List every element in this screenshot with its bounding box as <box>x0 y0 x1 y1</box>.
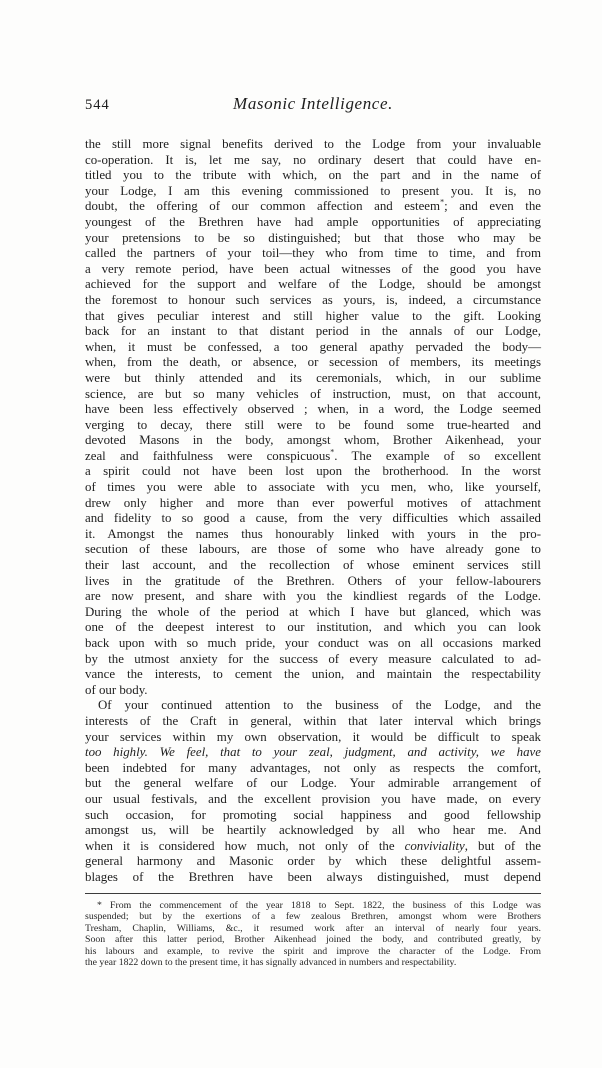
text-segment: one of the deepest interest to our insti… <box>85 620 541 634</box>
text-line: doubt, the offering of our common affect… <box>85 199 541 215</box>
text-line: that gives peculiar interest and still h… <box>85 309 541 325</box>
page-content: 544 Masonic Intelligence. the still more… <box>85 93 541 969</box>
text-line: your Lodge, I am this evening commission… <box>85 184 541 200</box>
page-header: 544 Masonic Intelligence. <box>85 93 541 115</box>
text-segment: zeal and faithfulness were conspicuous <box>85 449 330 463</box>
text-segment: their last account, and the recollection… <box>85 558 541 572</box>
text-line: youngest of the Brethren have had ample … <box>85 215 541 231</box>
text-segment: when, from the death, or absence, or sec… <box>85 355 541 369</box>
text-segment: too highly. We feel, that to your zeal, … <box>85 745 541 759</box>
text-segment: our usual festivals, and the excellent p… <box>85 792 541 806</box>
text-segment: conviviality <box>405 839 465 853</box>
text-segment: back for an instant to that distant peri… <box>85 324 541 338</box>
text-line: when, it must be confessed, a too genera… <box>85 340 541 356</box>
text-line: During the whole of the period at which … <box>85 605 541 621</box>
footnote-line: his labours and example, to revive the s… <box>85 946 541 958</box>
text-segment: blages of the Brethren have been always … <box>85 870 541 884</box>
text-segment: were but thinly attended and its ceremon… <box>85 371 541 385</box>
footnote: * From the commencement of the year 1818… <box>85 900 541 970</box>
page-body: the still more signal benefits derived t… <box>85 137 541 886</box>
text-line: of times you were able to associate with… <box>85 480 541 496</box>
text-segment: it. Amongst the names thus honourably li… <box>85 527 541 541</box>
text-segment: amongst us, will be heartily acknowledge… <box>85 823 541 837</box>
text-segment: but the general welfare of our Lodge. Yo… <box>85 776 541 790</box>
text-segment: been indebted for many advantages, not o… <box>85 761 541 775</box>
text-line: your services within my own observation,… <box>85 730 541 746</box>
text-line: called the partners of your toil—they wh… <box>85 246 541 262</box>
text-segment: the foremost to honour such services as … <box>85 293 541 307</box>
text-segment: of our body. <box>85 683 148 697</box>
text-line: it. Amongst the names thus honourably li… <box>85 527 541 543</box>
text-line: lives in the gratitude of the Brethren. … <box>85 574 541 590</box>
paragraph-1: the still more signal benefits derived t… <box>85 137 541 698</box>
text-line: general harmony and Masonic order by whi… <box>85 854 541 870</box>
text-line: co-operation. It is, let me say, no ordi… <box>85 153 541 169</box>
text-segment: achieved for the support and welfare of … <box>85 277 541 291</box>
text-line: a spirit could not have been lost upon t… <box>85 464 541 480</box>
text-line: back upon with so much pride, your condu… <box>85 636 541 652</box>
text-line: science, are but so many vehicles of ins… <box>85 387 541 403</box>
running-title: Masonic Intelligence. <box>233 93 393 115</box>
text-line: and fidelity to so good a cause, from th… <box>85 511 541 527</box>
text-line: their last account, and the recollection… <box>85 558 541 574</box>
text-segment: and fidelity to so good a cause, from th… <box>85 511 541 525</box>
book-page: 544 Masonic Intelligence. the still more… <box>0 0 602 1068</box>
text-segment: drew only higher and more than ever powe… <box>85 496 541 510</box>
text-segment: your Lodge, I am this evening commission… <box>85 184 541 198</box>
text-line: vance the interests, to cement the union… <box>85 667 541 683</box>
page-number: 544 <box>85 95 110 115</box>
text-segment: such occasion, for promoting social happ… <box>85 808 541 822</box>
footnote-rule <box>85 893 541 894</box>
text-segment: youngest of the Brethren have had ample … <box>85 215 541 229</box>
text-line: the foremost to honour such services as … <box>85 293 541 309</box>
footnote-line: suspended; but by the exertions of a few… <box>85 911 541 923</box>
text-segment: a very remote period, have been actual w… <box>85 262 541 276</box>
text-segment: of times you were able to associate with… <box>85 480 541 494</box>
text-line: achieved for the support and welfare of … <box>85 277 541 293</box>
paragraph-2: Of your continued attention to the busin… <box>85 698 541 885</box>
text-segment: titled you to the tribute with which, on… <box>85 168 541 182</box>
text-segment: the still more signal benefits derived t… <box>85 137 541 151</box>
text-line: the still more signal benefits derived t… <box>85 137 541 153</box>
text-segment: interests of the Craft in general, withi… <box>85 714 541 728</box>
text-segment: when it is considered how much, not only… <box>85 839 405 853</box>
text-line: amongst us, will be heartily acknowledge… <box>85 823 541 839</box>
text-segment: , but of the <box>465 839 541 853</box>
text-segment: ; and even the <box>444 199 541 213</box>
text-segment: secution of these labours, are those of … <box>85 542 541 556</box>
text-line: too highly. We feel, that to your zeal, … <box>85 745 541 761</box>
text-line: interests of the Craft in general, withi… <box>85 714 541 730</box>
text-segment: your pretensions to be so distinguished;… <box>85 231 541 245</box>
text-segment: that gives peculiar interest and still h… <box>85 309 541 323</box>
footnote-line: * From the commencement of the year 1818… <box>85 900 541 912</box>
text-segment: a spirit could not have been lost upon t… <box>85 464 541 478</box>
text-line: a very remote period, have been actual w… <box>85 262 541 278</box>
text-segment: called the partners of your toil—they wh… <box>85 246 541 260</box>
text-line: when it is considered how much, not only… <box>85 839 541 855</box>
text-segment: . The example of so excellent <box>334 449 541 463</box>
text-segment: devoted Masons in the body, amongst whom… <box>85 433 541 447</box>
text-segment: lives in the gratitude of the Brethren. … <box>85 574 541 588</box>
text-line: have been less effectively observed ; wh… <box>85 402 541 418</box>
text-segment: vance the interests, to cement the union… <box>85 667 541 681</box>
text-segment: science, are but so many vehicles of ins… <box>85 387 541 401</box>
text-line: one of the deepest interest to our insti… <box>85 620 541 636</box>
text-segment: back upon with so much pride, your condu… <box>85 636 541 650</box>
text-line: secution of these labours, are those of … <box>85 542 541 558</box>
text-segment: are now present, and share with you the … <box>85 589 541 603</box>
text-line: Of your continued attention to the busin… <box>85 698 541 714</box>
text-line: blages of the Brethren have been always … <box>85 870 541 886</box>
text-line: your pretensions to be so distinguished;… <box>85 231 541 247</box>
text-segment: have been less effectively observed ; wh… <box>85 402 541 416</box>
text-segment: Of your continued attention to the busin… <box>98 698 541 712</box>
text-line: zeal and faithfulness were conspicuous*.… <box>85 449 541 465</box>
text-line: are now present, and share with you the … <box>85 589 541 605</box>
text-line: were but thinly attended and its ceremon… <box>85 371 541 387</box>
text-line: been indebted for many advantages, not o… <box>85 761 541 777</box>
text-line: drew only higher and more than ever powe… <box>85 496 541 512</box>
text-line: when, from the death, or absence, or sec… <box>85 355 541 371</box>
text-segment: verging to decay, there still were to be… <box>85 418 541 432</box>
footnote-line: Tresham, Chaplin, Williams, &c., it resu… <box>85 923 541 935</box>
text-segment: by the utmost anxiety for the success of… <box>85 652 541 666</box>
text-segment: co-operation. It is, let me say, no ordi… <box>85 153 541 167</box>
text-segment: doubt, the offering of our common affect… <box>85 199 440 213</box>
text-line: verging to decay, there still were to be… <box>85 418 541 434</box>
text-line: but the general welfare of our Lodge. Yo… <box>85 776 541 792</box>
text-segment: your services within my own observation,… <box>85 730 541 744</box>
text-line: by the utmost anxiety for the success of… <box>85 652 541 668</box>
text-line: of our body. <box>85 683 541 699</box>
text-line: titled you to the tribute with which, on… <box>85 168 541 184</box>
text-line: such occasion, for promoting social happ… <box>85 808 541 824</box>
text-segment: During the whole of the period at which … <box>85 605 541 619</box>
footnote-line: the year 1822 down to the present time, … <box>85 957 541 969</box>
footnote-line: Soon after this latter period, Brother A… <box>85 934 541 946</box>
text-segment: general harmony and Masonic order by whi… <box>85 854 541 868</box>
text-line: back for an instant to that distant peri… <box>85 324 541 340</box>
text-line: our usual festivals, and the excellent p… <box>85 792 541 808</box>
text-line: devoted Masons in the body, amongst whom… <box>85 433 541 449</box>
text-segment: when, it must be confessed, a too genera… <box>85 340 541 354</box>
